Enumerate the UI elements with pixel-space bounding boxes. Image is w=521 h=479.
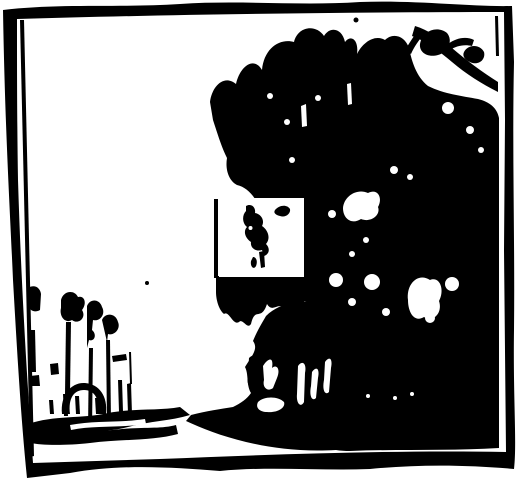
illustration: Black and white woodcut landscape print:… bbox=[0, 0, 521, 479]
sign-edge-rule bbox=[214, 199, 218, 278]
hanging-sign bbox=[214, 198, 304, 278]
woodcut-print: Black and white woodcut landscape print:… bbox=[0, 0, 521, 479]
illustration-canvas bbox=[0, 0, 521, 479]
